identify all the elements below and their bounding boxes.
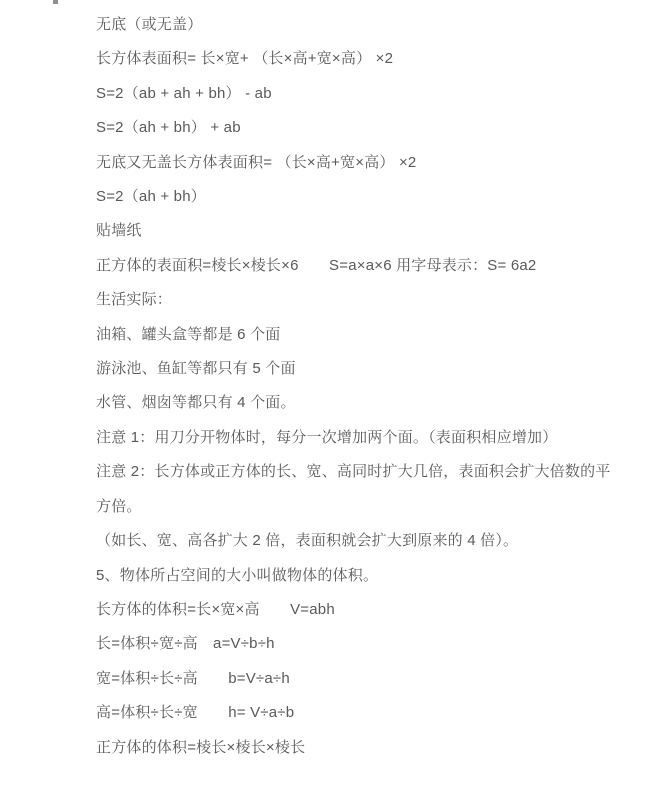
text-line-formula-s-ah-bh: S=2（ah + bh） — [96, 180, 636, 214]
text-line-cuboid-surface-formula: 长方体表面积= 长×宽+ （长×高+宽×高） ×2 — [96, 42, 636, 76]
text-line-height-formula: 高=体积÷长÷宽 h= V÷a÷b — [96, 696, 636, 730]
text-line-length-formula: 长=体积÷宽÷高 a=V÷b÷h — [96, 627, 636, 661]
text-line-cuboid-volume-formula: 长方体的体积=长×宽×高 V=abh — [96, 593, 636, 627]
text-line-formula-s-minus-ab: S=2（ab + ah + bh） - ab — [96, 77, 636, 111]
text-line-real-life-heading: 生活实际： — [96, 283, 636, 317]
text-line-heading-no-bottom: 无底（或无盖） — [96, 8, 636, 42]
text-line-width-formula: 宽=体积÷长÷高 b=V÷a÷h — [96, 662, 636, 696]
text-line-formula-s-plus-ab: S=2（ah + bh） + ab — [96, 111, 636, 145]
text-line-note-2-example: （如长、宽、高各扩大 2 倍，表面积就会扩大到原来的 4 倍）。 — [96, 524, 636, 558]
document-body: 无底（或无盖） 长方体表面积= 长×宽+ （长×高+宽×高） ×2 S=2（ab… — [96, 8, 636, 765]
text-line-note-2-part-2: 方倍。 — [96, 490, 636, 524]
text-line-cube-surface-formula: 正方体的表面积=棱长×棱长×6 S=a×a×6 用字母表示：S= 6a2 — [96, 249, 636, 283]
text-line-no-top-no-bottom-formula: 无底又无盖长方体表面积= （长×高+宽×高） ×2 — [96, 146, 636, 180]
page-edge-artifact — [53, 0, 58, 4]
text-line-wallpaper: 贴墙纸 — [96, 214, 636, 248]
text-line-cube-volume-formula: 正方体的体积=棱长×棱长×棱长 — [96, 731, 636, 765]
text-line-note-2-part-1: 注意 2：长方体或正方体的长、宽、高同时扩大几倍，表面积会扩大倍数的平 — [96, 455, 636, 489]
text-line-five-faces: 游泳池、鱼缸等都只有 5 个面 — [96, 352, 636, 386]
text-line-item-5-volume-definition: 5、物体所占空间的大小叫做物体的体积。 — [96, 559, 636, 593]
text-line-four-faces: 水管、烟囱等都只有 4 个面。 — [96, 386, 636, 420]
text-line-six-faces: 油箱、罐头盒等都是 6 个面 — [96, 318, 636, 352]
text-line-note-1: 注意 1：用刀分开物体时，每分一次增加两个面。（表面积相应增加） — [96, 421, 636, 455]
